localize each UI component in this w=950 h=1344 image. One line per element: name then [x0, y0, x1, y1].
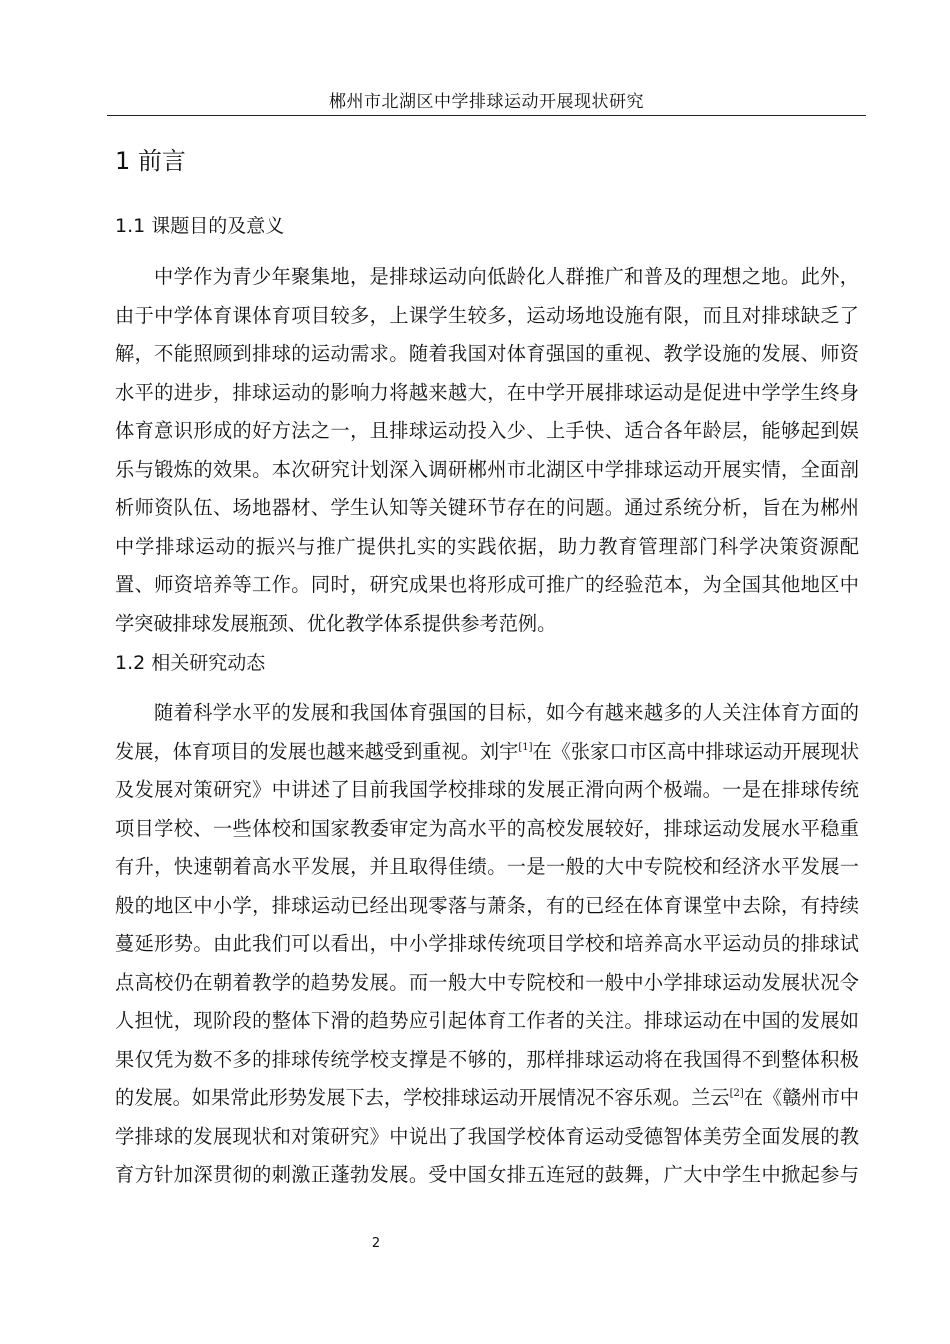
running-header: 郴州市北湖区中学排球运动开展现状研究 [107, 92, 866, 112]
paragraph-line: 学突破排球发展瓶颈、优化教学体系提供参考范例。 [115, 605, 859, 644]
paragraph-line: 点高校仍在朝着教学的趋势发展。而一般大中专院校和一般中小学排球运动发展状况令 [115, 964, 859, 1003]
citation-ref-2[interactable]: [2] [730, 1088, 744, 1099]
paragraph-line: 有升，快速朝着高水平发展，并且取得佳绩。一是一般的大中专院校和经济水平发展一 [115, 848, 859, 887]
line-text: 在《赣州市中 [744, 1086, 859, 1109]
section-1-2-paragraph: 随着科学水平的发展和我国体育强国的目标，如今有越来越多的人关注体育方面的 发展，… [115, 694, 859, 1195]
paragraph-line: 乐与锻炼的效果。本次研究计划深入调研郴州市北湖区中学排球运动开展实情，全面剖 [115, 451, 859, 490]
section-1-1-paragraph: 中学作为青少年聚集地，是排球运动向低龄化人群推广和普及的理想之地。此外， 由于中… [115, 258, 859, 643]
paragraph-line: 体育意识形成的好方法之一，且排球运动投入少、上手快、适合各年龄层，能够起到娱 [115, 412, 859, 451]
paragraph-line: 育方针加深贯彻的刺激正蓬勃发展。受中国女排五连冠的鼓舞，广大中学生中掀起参与 [115, 1156, 859, 1195]
section-heading-1-1: 1.1 课题目的及意义 [115, 213, 284, 239]
paragraph-line: 置、师资培养等工作。同时，研究成果也将形成可推广的经验范本，为全国其他地区中 [115, 566, 859, 605]
citation-ref-1[interactable]: [1] [518, 742, 532, 753]
paragraph-line: 解，不能照顾到排球的运动需求。随着我国对体育强国的重视、教学设施的发展、师资 [115, 335, 859, 374]
paragraph-line: 中学排球运动的振兴与推广提供扎实的实践依据，助力教育管理部门科学决策资源配 [115, 528, 859, 567]
paragraph-line: 项目学校、一些体校和国家教委审定为高水平的高校发展较好，排球运动发展水平稳重 [115, 810, 859, 849]
paragraph-line: 般的地区中小学，排球运动已经出现零落与萧条，有的已经在体育课堂中去除，有持续 [115, 887, 859, 926]
paragraph-line: 随着科学水平的发展和我国体育强国的目标，如今有越来越多的人关注体育方面的 [115, 694, 859, 733]
line-text: 在《张家口市区高中排球运动开展现状 [533, 740, 860, 763]
paragraph-line: 及发展对策研究》中讲述了目前我国学校排球的发展正滑向两个极端。一是在排球传统 [115, 771, 859, 810]
paragraph-line: 由于中学体育课体育项目较多，上课学生较多，运动场地设施有限，而且对排球缺乏了 [115, 297, 859, 336]
paragraph-line: 蔓延形势。由此我们可以看出，中小学排球传统项目学校和培养高水平运动员的排球试 [115, 925, 859, 964]
document-page: 郴州市北湖区中学排球运动开展现状研究 1 前言 1.1 课题目的及意义 中学作为… [0, 0, 950, 1344]
paragraph-line: 学排球的发展现状和对策研究》中说出了我国学校体育运动受德智体美劳全面发展的教 [115, 1118, 859, 1157]
paragraph-line-with-citation: 发展，体育项目的发展也越来越受到重视。刘宇[1]在《张家口市区高中排球运动开展现… [115, 733, 859, 772]
chapter-heading: 1 前言 [115, 146, 186, 176]
paragraph-line: 水平的进步，排球运动的影响力将越来越大，在中学开展排球运动是促进中学学生终身 [115, 374, 859, 413]
paragraph-line-with-citation: 的发展。如果常此形势发展下去，学校排球运动开展情况不容乐观。兰云[2]在《赣州市… [115, 1079, 859, 1118]
paragraph-line: 果仅凭为数不多的排球传统学校支撑是不够的，那样排球运动将在我国得不到整体积极 [115, 1041, 859, 1080]
paragraph-line: 人担忧，现阶段的整体下滑的趋势应引起体育工作者的关注。排球运动在中国的发展如 [115, 1002, 859, 1041]
paragraph-line: 析师资队伍、场地器材、学生认知等关键环节存在的问题。通过系统分析，旨在为郴州 [115, 489, 859, 528]
line-text: 的发展。如果常此形势发展下去，学校排球运动开展情况不容乐观。兰云 [115, 1086, 730, 1109]
header-divider [107, 115, 866, 116]
paragraph-line: 中学作为青少年聚集地，是排球运动向低龄化人群推广和普及的理想之地。此外， [115, 258, 859, 297]
line-text: 发展，体育项目的发展也越来越受到重视。刘宇 [115, 740, 518, 763]
section-heading-1-2: 1.2 相关研究动态 [115, 650, 265, 676]
page-number: 2 [368, 1236, 384, 1251]
